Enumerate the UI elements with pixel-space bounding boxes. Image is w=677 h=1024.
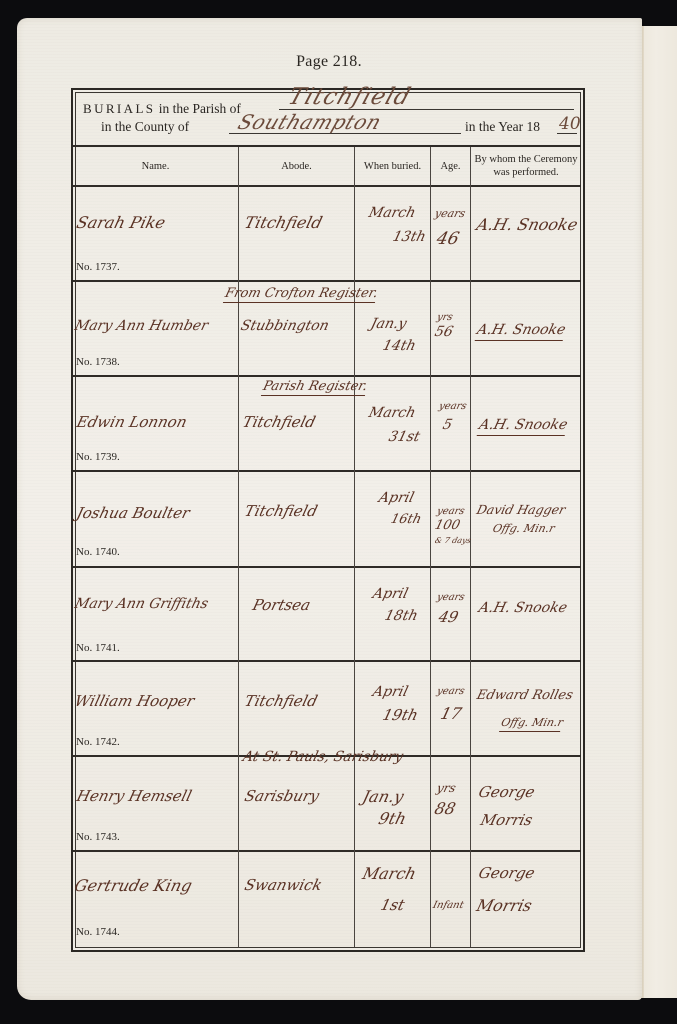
column-header-when-buried: When buried. xyxy=(355,147,430,185)
entry-age: Infant xyxy=(432,900,465,911)
entry-age-unit: years xyxy=(436,506,466,517)
column-header-age: Age. xyxy=(431,147,470,185)
entry-age-unit: yrs xyxy=(436,312,454,323)
year-value: 40 xyxy=(559,114,581,134)
burials-heading: BURIALS xyxy=(83,101,155,116)
entry-number: No. 1744. xyxy=(76,926,120,938)
entry-age-unit: years xyxy=(438,401,468,412)
entry-officiant: A.H. Snooke xyxy=(475,322,568,341)
entry-day: 18th xyxy=(383,608,419,624)
table-row: From Crofton Register. Mary Ann Humber N… xyxy=(73,282,581,376)
scan-stage: Page 218. BURIALS in the Parish of Titch… xyxy=(0,0,677,1024)
entry-day: 1st xyxy=(379,896,407,914)
entry-day: 19th xyxy=(381,706,420,724)
entry-number: No. 1740. xyxy=(76,546,120,558)
entry-officiant: David Hagger xyxy=(475,502,567,517)
entry-annotation: From Crofton Register. xyxy=(223,286,380,303)
entry-abode: Portsea xyxy=(251,596,313,614)
entry-month: April xyxy=(377,490,416,506)
table-row: Sarah Pike No. 1737. Titchfield March 13… xyxy=(73,187,581,281)
table-row: Gertrude King No. 1744. Swanwick March 1… xyxy=(73,852,581,946)
county-label: in the County of xyxy=(101,119,189,135)
entry-number: No. 1741. xyxy=(76,642,120,654)
entry-month: Jan.y xyxy=(369,316,408,332)
table-row: At St. Pauls, Sarisbury Henry Hemsell No… xyxy=(73,757,581,851)
entry-number: No. 1738. xyxy=(76,356,120,368)
entry-name: Edwin Lonnon xyxy=(75,413,189,431)
entry-name: William Hooper xyxy=(73,692,197,710)
table-row: William Hooper No. 1742. Titchfield Apri… xyxy=(73,662,581,756)
entry-day: 14th xyxy=(381,338,417,354)
entry-officiant-line2: Morris xyxy=(475,896,534,915)
entry-month: Jan.y xyxy=(361,787,406,806)
parish-label: in the Parish of xyxy=(155,101,241,116)
officiant-header-line1: By whom the Ceremony xyxy=(475,153,578,166)
register-title-box: BURIALS in the Parish of Titchfield in t… xyxy=(73,90,581,145)
table-row: Mary Ann Griffiths No. 1741. Portsea Apr… xyxy=(73,568,581,662)
table-row: Joshua Boulter No. 1740. Titchfield Apri… xyxy=(73,472,581,566)
entry-officiant: George xyxy=(477,864,537,882)
entry-age: 17 xyxy=(439,704,464,723)
entry-age-unit: yrs xyxy=(435,781,457,795)
entry-month: March xyxy=(361,864,419,883)
entry-age: 88 xyxy=(433,799,458,818)
entry-age-unit: years xyxy=(433,207,466,220)
entry-officiant-title: Offg. Min.r xyxy=(499,716,564,732)
entry-abode: Swanwick xyxy=(243,876,324,894)
entry-officiant: A.H. Snooke xyxy=(477,600,569,616)
entry-month: March xyxy=(367,405,417,421)
entry-month: March xyxy=(367,205,417,221)
entry-officiant: George xyxy=(477,783,537,801)
column-header-name: Name. xyxy=(73,147,238,185)
entry-number: No. 1737. xyxy=(76,261,120,273)
year-blank-line xyxy=(557,133,577,134)
table-row: Parish Register. Edwin Lonnon No. 1739. … xyxy=(73,377,581,471)
entry-abode: Titchfield xyxy=(243,692,320,710)
entry-officiant: Edward Rolles xyxy=(475,688,574,703)
entry-day: 13th xyxy=(391,229,427,245)
entry-annotation: At St. Pauls, Sarisbury xyxy=(241,749,405,766)
entry-name: Mary Ann Humber xyxy=(73,318,210,334)
entry-abode: Sarisbury xyxy=(243,787,321,805)
column-header-officiant: By whom the Ceremony was performed. xyxy=(471,147,581,185)
entry-annotation: Parish Register. xyxy=(261,379,369,396)
parish-name: Titchfield xyxy=(285,84,415,110)
entry-name: Joshua Boulter xyxy=(75,504,192,522)
officiant-header-line2: was performed. xyxy=(493,166,558,179)
entry-officiant-line2: Morris xyxy=(479,811,535,829)
year-label: in the Year 18 xyxy=(465,119,540,135)
entry-day: 16th xyxy=(389,512,423,527)
entry-name: Gertrude King xyxy=(73,876,194,895)
county-name: Southampton xyxy=(235,110,385,134)
entry-number: No. 1742. xyxy=(76,736,120,748)
entry-age: 56 xyxy=(433,324,455,340)
entry-age-unit: years xyxy=(436,686,466,697)
entry-age-unit: years xyxy=(436,592,466,603)
page-number: Page 218. xyxy=(0,53,658,71)
entry-day: 31st xyxy=(387,429,422,445)
entry-abode: Titchfield xyxy=(243,213,325,232)
entry-name: Henry Hemsell xyxy=(75,787,194,805)
entry-month: April xyxy=(371,586,410,602)
entry-abode: Titchfield xyxy=(243,502,320,520)
entry-age-extra: & 7 days xyxy=(434,536,472,545)
entry-abode: Stubbington xyxy=(239,318,331,334)
entry-number: No. 1743. xyxy=(76,831,120,843)
entry-age: 46 xyxy=(435,229,462,249)
entry-day: 9th xyxy=(377,809,409,828)
parish-line: BURIALS in the Parish of xyxy=(83,101,241,117)
entry-name: Sarah Pike xyxy=(75,213,168,232)
entry-abode: Titchfield xyxy=(241,413,318,431)
entry-month: April xyxy=(371,684,410,700)
column-header-abode: Abode. xyxy=(239,147,354,185)
entry-officiant: A.H. Snooke xyxy=(477,417,570,436)
entry-number: No. 1739. xyxy=(76,451,120,463)
entry-officiant-title: Offg. Min.r xyxy=(491,522,556,535)
entry-name: Mary Ann Griffiths xyxy=(73,596,210,612)
entry-age: 49 xyxy=(437,608,461,626)
entry-age: 5 xyxy=(441,417,454,433)
entry-age: 100 xyxy=(433,518,462,533)
entry-officiant: A.H. Snooke xyxy=(475,215,580,234)
